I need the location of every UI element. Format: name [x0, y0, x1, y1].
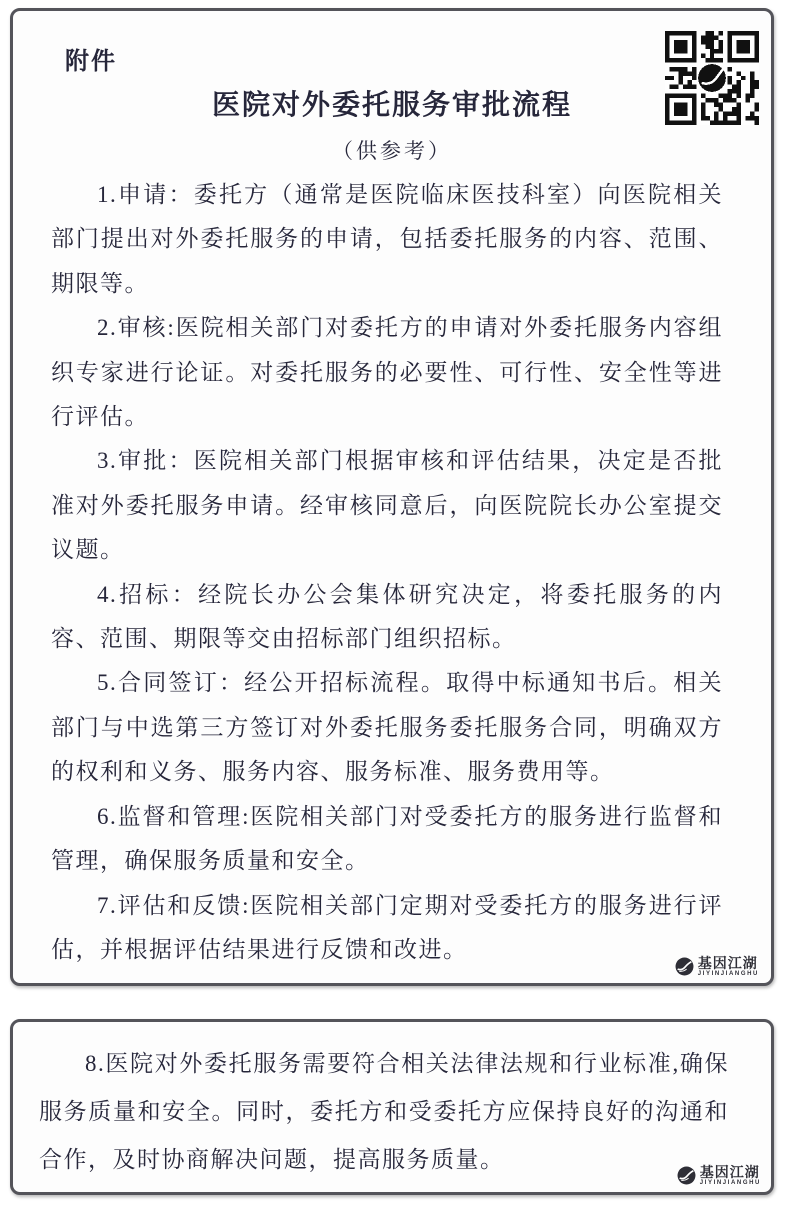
paragraph-1: 1.申请：委托方（通常是医院临床医技科室）向医院相关部门提出对外委托服务的申请，… — [51, 173, 723, 306]
brand-name-latin: JIYINJIANGHU — [698, 971, 759, 977]
brand-name-latin: JIYINJIANGHU — [700, 1180, 761, 1186]
brand-logo-icon — [677, 1166, 696, 1185]
brand-name: 基因江湖 — [700, 1165, 761, 1179]
brand-watermark: 基因江湖 JIYINJIANGHU — [675, 956, 759, 977]
note-box: 8.医院对外委托服务需要符合相关法律法规和行业标准,确保服务质量和安全。同时，委… — [10, 1019, 774, 1195]
document-page: { "document": { "attachment_label": "附件"… — [0, 0, 785, 1206]
document-body: 1.申请：委托方（通常是医院临床医技科室）向医院相关部门提出对外委托服务的申请，… — [51, 173, 723, 972]
note-body: 8.医院对外委托服务需要符合相关法律法规和行业标准,确保服务质量和安全。同时，委… — [39, 1040, 729, 1184]
qr-code-icon — [665, 31, 759, 125]
paragraph-7: 7.评估和反馈:医院相关部门定期对受委托方的服务进行评估，并根据评估结果进行反馈… — [51, 884, 723, 973]
paragraph-3: 3.审批：医院相关部门根据审核和评估结果，决定是否批准对外委托服务申请。经审核同… — [51, 439, 723, 572]
main-document-box: 附件 医院对外委托服务审批流程 （供参考） 1.申请：委托方（通常是医院临床医技… — [10, 8, 774, 986]
page-subtitle: （供参考） — [13, 135, 771, 165]
brand-logo-icon — [675, 957, 694, 976]
page-title: 医院对外委托服务审批流程 — [13, 83, 771, 123]
paragraph-8: 8.医院对外委托服务需要符合相关法律法规和行业标准,确保服务质量和安全。同时，委… — [39, 1040, 729, 1184]
attachment-label: 附件 — [65, 41, 117, 76]
brand-watermark: 基因江湖 JIYINJIANGHU — [677, 1165, 761, 1186]
brand-name: 基因江湖 — [698, 956, 759, 970]
paragraph-2: 2.审核:医院相关部门对委托方的申请对外委托服务内容组织专家进行论证。对委托服务… — [51, 306, 723, 439]
paragraph-6: 6.监督和管理:医院相关部门对受委托方的服务进行监督和管理，确保服务质量和安全。 — [51, 795, 723, 884]
paragraph-5: 5.合同签订：经公开招标流程。取得中标通知书后。相关部门与中选第三方签订对外委托… — [51, 661, 723, 794]
paragraph-4: 4.招标：经院长办公会集体研究决定，将委托服务的内容、范围、期限等交由招标部门组… — [51, 573, 723, 662]
